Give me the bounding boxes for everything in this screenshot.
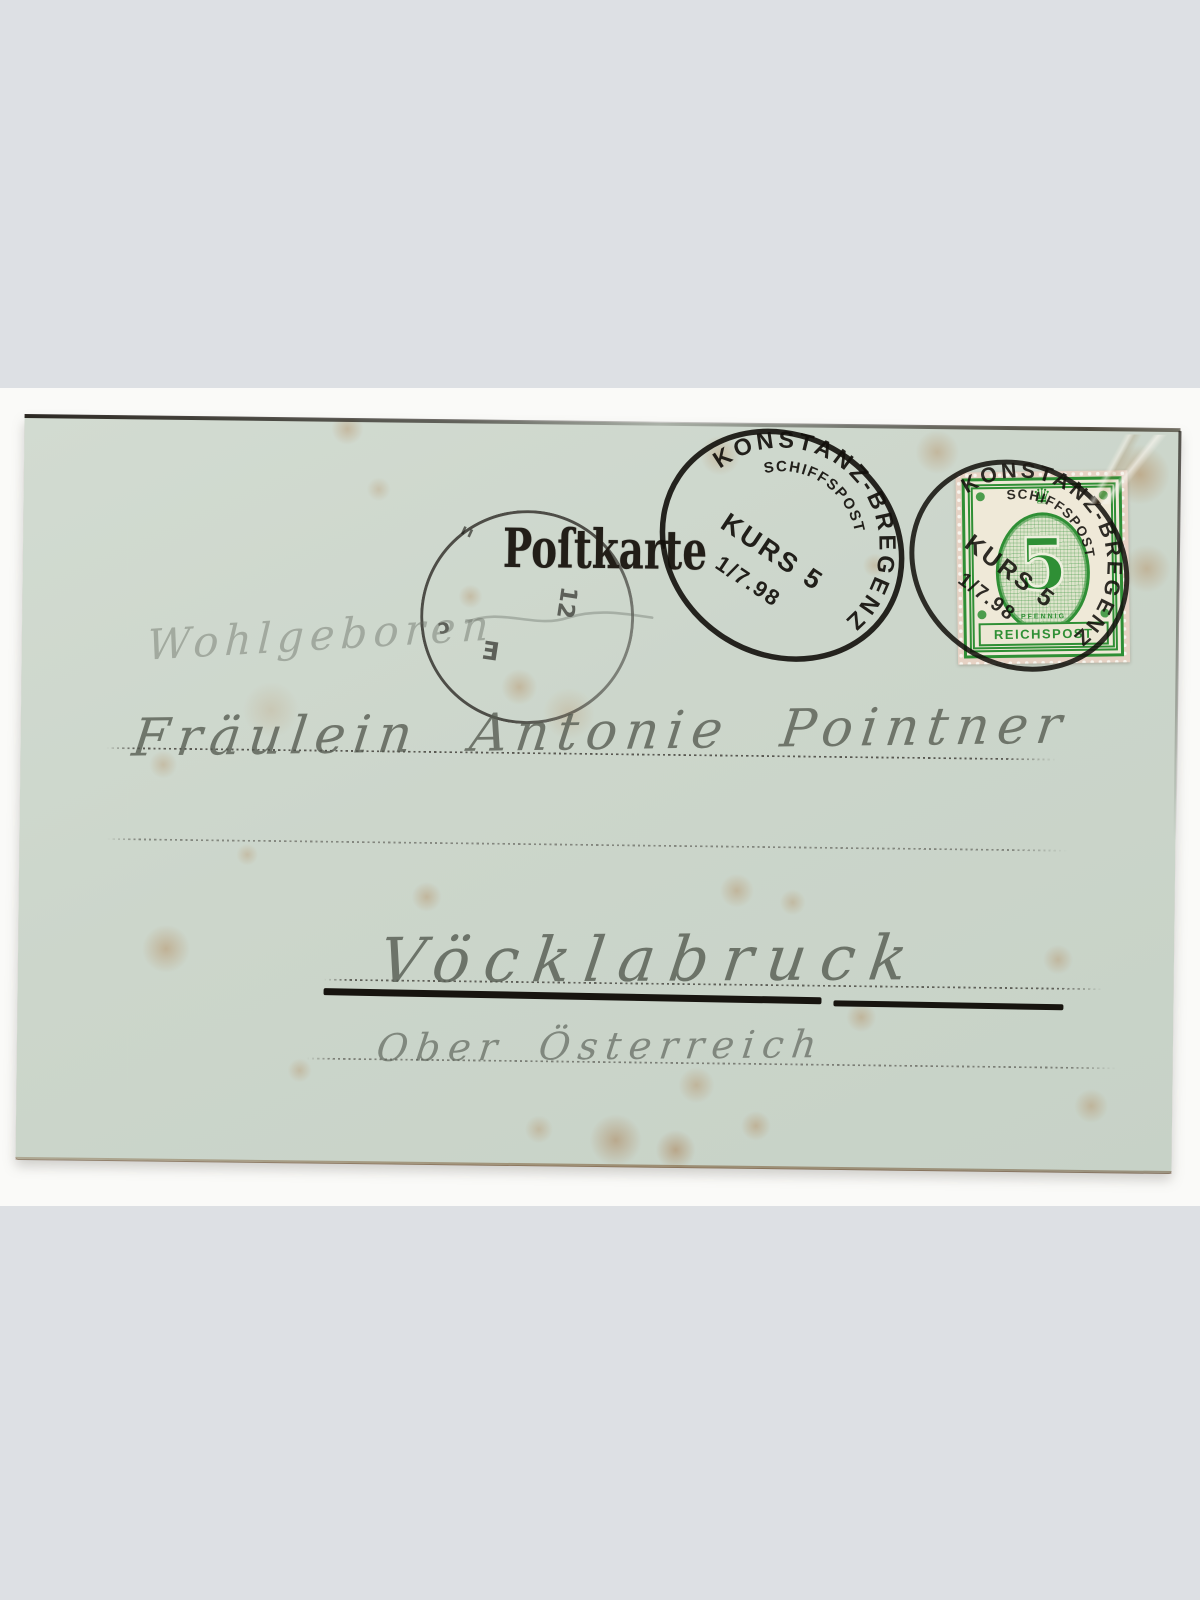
card-bottom-edge-toning [15,1157,1171,1174]
handwriting-destination: Vöcklabruck [375,921,926,997]
address-dotted-line-2 [107,838,1067,852]
photo-backdrop-top [0,0,1200,388]
photo-backdrop-bottom [0,1206,1200,1600]
handwriting-region: Ober Österreich [374,1022,827,1070]
card-corner-crease [1086,434,1177,505]
pencil-flourish [462,600,657,638]
ink-underline-segment-2 [833,1000,1063,1010]
postcard: ıı 12 ɔ Ǝ Poſtkarte Wohlgeboren Fräulein… [15,415,1180,1173]
